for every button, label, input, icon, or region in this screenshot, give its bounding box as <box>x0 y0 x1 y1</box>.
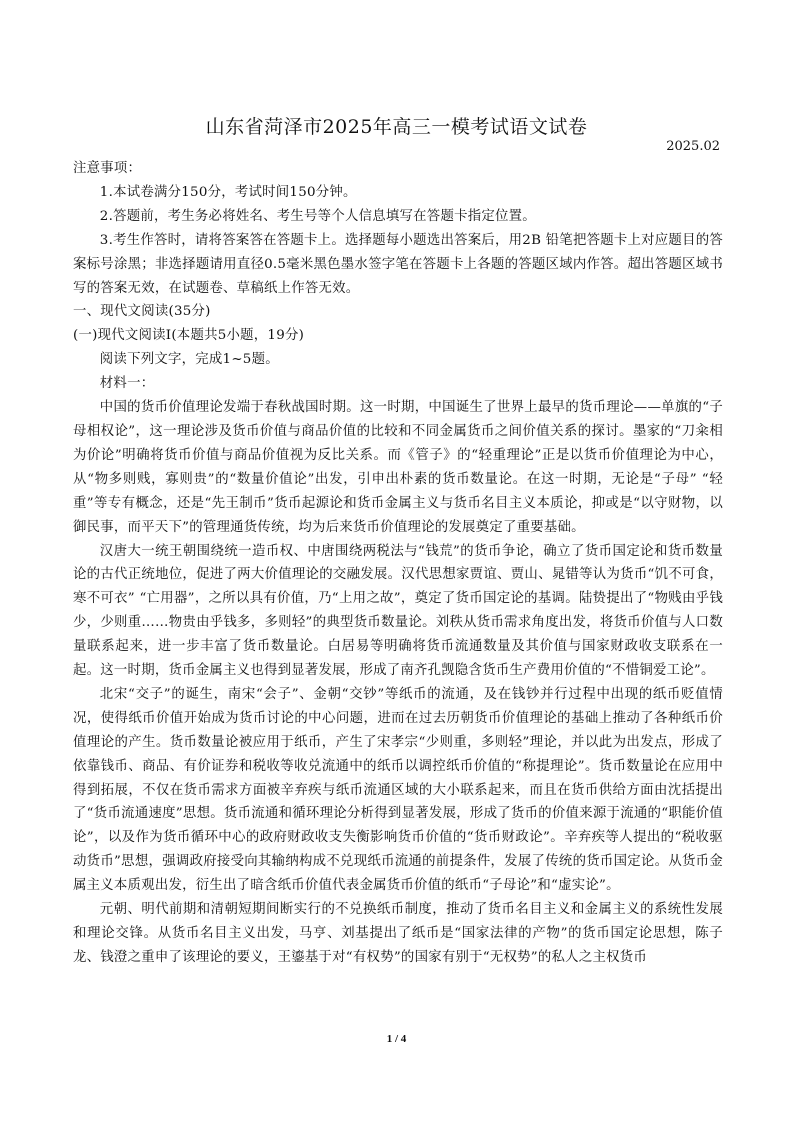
paragraph: 汉唐大一统王朝围绕统一造币权、中唐围绕两税法与“钱荒”的货币争论，确立了货币国定… <box>73 540 723 683</box>
document-body: 注意事项： 1.本试卷满分150分，考试时间150分钟。 2.答题前，考生务必将… <box>73 157 723 970</box>
reading-instruction: 阅读下列文字，完成1~5题。 <box>73 348 723 372</box>
notice-heading: 注意事项： <box>73 157 723 181</box>
notice-item-2: 2.答题前，考生务必将姓名、考生号等个人信息填写在答题卡指定位置。 <box>73 205 723 229</box>
paragraph: 北宋“交子”的诞生，南宋“会子”、金朝“交钞”等纸币的流通，及在钱钞并行过程中出… <box>73 683 723 898</box>
page-title: 山东省菏泽市2025年高三一模考试语文试卷 <box>0 112 793 139</box>
paragraph: 中国的货币价值理论发端于春秋战国时期。这一时期，中国诞生了世界上最早的货币理论—… <box>73 396 723 539</box>
notice-item-1: 1.本试卷满分150分，考试时间150分钟。 <box>73 181 723 205</box>
exam-page: 山东省菏泽市2025年高三一模考试语文试卷 2025.02 注意事项： 1.本试… <box>0 0 793 1121</box>
subsection-heading: (一)现代文阅读Ⅰ(本题共5小题，19分) <box>73 324 723 348</box>
material-label: 材料一： <box>73 372 723 396</box>
section-heading: 一、现代文阅读(35分) <box>73 300 723 324</box>
exam-date: 2025.02 <box>666 139 720 154</box>
page-number: 1 / 4 <box>0 1033 793 1045</box>
notice-item-3: 3.考生作答时，请将答案答在答题卡上。选择题每小题选出答案后，用2B 铅笔把答题… <box>73 229 723 301</box>
paragraph: 元朝、明代前期和清朝短期间断实行的不兑换纸币制度，推动了货币名目主义和金属主义的… <box>73 898 723 970</box>
